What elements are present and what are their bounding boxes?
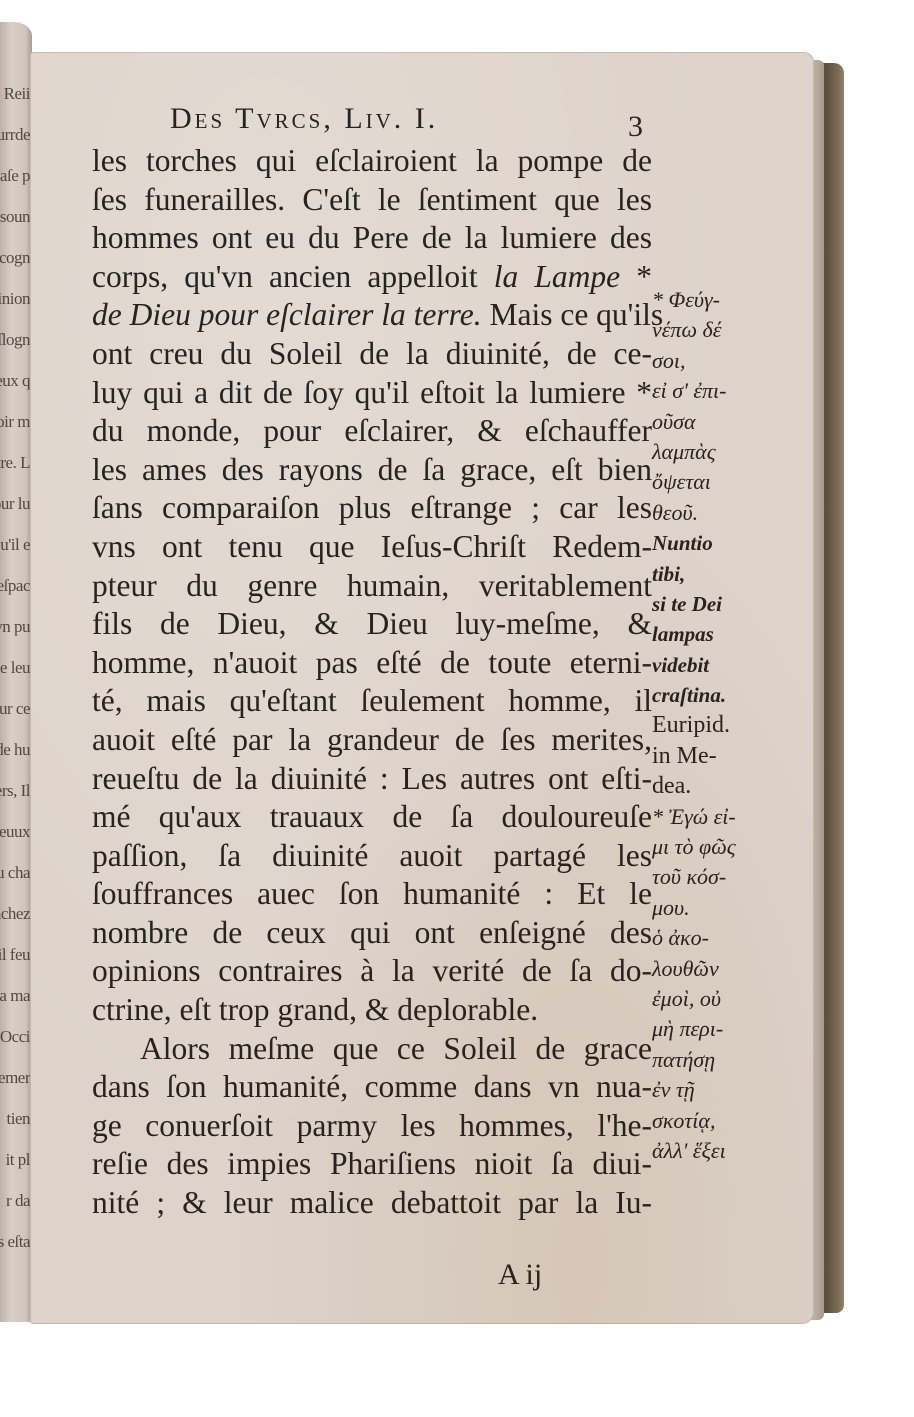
margin-note-line: * Ἐγώ εἰ- xyxy=(652,802,782,832)
margin-note-line: πατήσῃ xyxy=(652,1045,782,1075)
text-line: té, mais qu'eſtant ſeulement homme, il xyxy=(92,682,652,721)
italic-quote: de Dieu pour eſclairer la terre. xyxy=(92,297,482,332)
text-line: ſouffrances auec ſon humanité : Et le xyxy=(92,875,652,914)
left-page-fragment: s eſta xyxy=(0,1232,30,1252)
line-text: Alors meſme que ce Soleil de grace xyxy=(140,1031,652,1066)
margin-note-line: λαμπὰς xyxy=(652,437,782,467)
left-page-fragment: que leu xyxy=(0,658,30,678)
line-text: opinions contraires à la verité de ſa do… xyxy=(92,953,652,988)
line-text: té, mais qu'eſtant ſeulement homme, il xyxy=(92,683,652,718)
left-page-fragment: à cogn xyxy=(0,248,30,268)
line-text: ge conuerſoit parmy les hommes, l'he- xyxy=(92,1108,652,1143)
margin-note-line: θεοῦ. xyxy=(652,498,782,528)
margin-note-line: ἐν τῇ xyxy=(652,1075,782,1105)
text-line: paſſion, ſa diuinité auoit partagé les xyxy=(92,837,652,876)
margin-note-line: Nuntio xyxy=(652,528,782,558)
line-text: nombre de ceux qui ont enſeigné des xyxy=(92,915,652,950)
margin-note-line: σκοτίᾳ, xyxy=(652,1106,782,1136)
left-page-fragment: aſtre. L xyxy=(0,453,30,473)
left-page-fragment: au cha xyxy=(0,863,30,883)
left-facing-page: Reiiourrdecaſe ponsounà cognopinionſeſlo… xyxy=(0,22,32,1322)
line-text: dans ſon humanité, comme dans vn nua- xyxy=(92,1069,652,1104)
margin-note-line: si te Dei xyxy=(652,589,782,619)
margin-note-line: lampas xyxy=(652,619,782,649)
text-line: corps, qu'vn ancien appelloit la Lampe * xyxy=(92,258,652,297)
line-text: hommes ont eu du Pere de la lumiere des xyxy=(92,220,652,255)
left-page-fragment: ers, Il xyxy=(0,781,30,801)
left-page-fragment: l'eſpac xyxy=(0,576,30,596)
margin-note-line: μι τὸ φῶς xyxy=(652,832,782,862)
left-page-fragment: ſemer xyxy=(0,1068,30,1088)
margin-note-line: craſtina. xyxy=(652,680,782,710)
left-page-fragment: r da xyxy=(6,1191,30,1211)
margin-note-line: ἐμοὶ, οὐ xyxy=(652,984,782,1014)
line-text: fils de Dieu, & Dieu luy-meſme, & xyxy=(92,606,652,641)
margin-note-line: tibi, xyxy=(652,559,782,589)
text-line: Alors meſme que ce Soleil de grace xyxy=(92,1030,652,1069)
left-page-fragment: de hu xyxy=(0,740,30,760)
left-page-fragment: vn pu xyxy=(0,617,30,637)
text-line: ſans comparaiſon plus eſtrange ; car les xyxy=(92,489,652,528)
line-text: reſie des impies Phariſiens nioit ſa diu… xyxy=(92,1146,652,1181)
text-line: vns ont tenu que Ieſus-Chriſt Redem- xyxy=(92,528,652,567)
line-text: les torches qui eſclairoient la pompe de xyxy=(92,143,652,178)
text-line: ctrine, eſt trop grand, & deplorable. xyxy=(92,991,652,1030)
text-line: reueſtu de la diuinité : Les autres ont … xyxy=(92,760,652,799)
text-line: de Dieu pour eſclairer la terre. Mais ce… xyxy=(92,296,652,335)
line-text: reueſtu de la diuinité : Les autres ont … xyxy=(92,761,652,796)
line-text: ſouffrances auec ſon humanité : Et le xyxy=(92,876,652,911)
left-page-fragment: iour lu xyxy=(0,494,30,514)
line-text: auoit eſté par la grandeur de ſes merite… xyxy=(92,722,652,757)
text-line: mé qu'aux trauaux de ſa douloureuſe xyxy=(92,798,652,837)
margin-note-line: videbit xyxy=(652,650,782,680)
margin-note-line: * Φεύγ- xyxy=(652,285,782,315)
text-line: ſes funerailles. C'eſt le ſentiment que … xyxy=(92,181,652,220)
line-text: Mais ce qu'ils xyxy=(482,297,664,332)
left-page-fragment: e pur ce xyxy=(0,699,30,719)
line-text: mé qu'aux trauaux de ſa douloureuſe xyxy=(92,799,652,834)
text-line: les torches qui eſclairoient la pompe de xyxy=(92,142,652,181)
margin-note-line: οῦσα xyxy=(652,407,782,437)
text-line: nombre de ceux qui ont enſeigné des xyxy=(92,914,652,953)
margin-note-line: dea. xyxy=(652,771,782,801)
margin-note-line: ὄψεται xyxy=(652,467,782,497)
margin-note-line: τοῦ κόσ- xyxy=(652,862,782,892)
left-page-fragment: l'Occi xyxy=(0,1027,30,1047)
text-line: hommes ont eu du Pere de la lumiere des xyxy=(92,219,652,258)
margin-note-line: σοι, xyxy=(652,346,782,376)
left-page-fragment: ſeſlogn xyxy=(0,330,30,350)
text-line: fils de Dieu, & Dieu luy-meſme, & xyxy=(92,605,652,644)
line-text: ſes funerailles. C'eſt le ſentiment que … xyxy=(92,182,652,217)
left-page-fragment: heuux xyxy=(0,822,30,842)
line-text: * xyxy=(620,259,652,294)
body-text: les torches qui eſclairoient la pompe de… xyxy=(92,142,652,1223)
left-page-fragment: tien xyxy=(7,1109,31,1129)
line-text: ont creu du Soleil de la diuinité, de ce… xyxy=(92,336,652,371)
left-page-fragment: il feu xyxy=(0,945,30,965)
text-line: dans ſon humanité, comme dans vn nua- xyxy=(92,1068,652,1107)
margin-note-line: ἀλλ' ἕξει xyxy=(652,1136,782,1166)
margin-note-line: λουθῶν xyxy=(652,954,782,984)
line-text: corps, qu'vn ancien appelloit xyxy=(92,259,494,294)
margin-note-line: εἰ σ' ἐπι- xyxy=(652,376,782,406)
left-page-fragment: a ma xyxy=(0,986,30,1006)
margin-note-line: μου. xyxy=(652,893,782,923)
line-text: homme, n'auoit pas eſté de toute eterni- xyxy=(92,645,652,680)
left-page-fragment: caſe p xyxy=(0,166,30,186)
page-number: 3 xyxy=(628,110,643,144)
margin-note-line: ὁ ἀκο- xyxy=(652,923,782,953)
margin-notes: * Φεύγ-νέπω δέσοι,εἰ σ' ἐπι-οῦσαλαμπὰςὄψ… xyxy=(652,285,782,1166)
text-line: opinions contraires à la verité de ſa do… xyxy=(92,952,652,991)
text-line: nité ; & leur malice debattoit par la Iu… xyxy=(92,1184,652,1223)
line-text: les ames des rayons de ſa grace, eſt bie… xyxy=(92,452,652,487)
line-text: vns ont tenu que Ieſus-Chriſt Redem- xyxy=(92,529,652,564)
text-line: auoit eſté par la grandeur de ſes merite… xyxy=(92,721,652,760)
margin-note-line: Euripid. xyxy=(652,710,782,740)
left-page-fragment: s qu'il e xyxy=(0,535,30,555)
line-text: ſans comparaiſon plus eſtrange ; car les xyxy=(92,490,652,525)
left-page-fragment: it pl xyxy=(6,1150,30,1170)
text-line: du monde, pour eſclairer, & eſchauffer xyxy=(92,412,652,451)
italic-quote: la Lampe xyxy=(494,259,620,294)
left-page-fragment: nchez xyxy=(0,904,30,924)
line-text: luy qui a dit de ſoy qu'il eſtoit la lum… xyxy=(92,375,652,410)
text-line: homme, n'auoit pas eſté de toute eterni- xyxy=(92,644,652,683)
line-text: paſſion, ſa diuinité auoit partagé les xyxy=(92,838,652,873)
text-line: reſie des impies Phariſiens nioit ſa diu… xyxy=(92,1145,652,1184)
signature-mark: A ij xyxy=(498,1258,542,1292)
line-text: ctrine, eſt trop grand, & deplorable. xyxy=(92,992,538,1027)
text-line: ont creu du Soleil de la diuinité, de ce… xyxy=(92,335,652,374)
left-page-fragment: Reii xyxy=(4,84,30,104)
margin-note-line: in Me- xyxy=(652,741,782,771)
left-page-fragment: e ceux q xyxy=(0,371,30,391)
line-text: du monde, pour eſclairer, & eſchauffer xyxy=(92,413,652,448)
text-line: luy qui a dit de ſoy qu'il eſtoit la lum… xyxy=(92,374,652,413)
margin-note-line: νέπω δέ xyxy=(652,315,782,345)
running-head: Des Tvrcs, Liv. I. xyxy=(170,102,438,136)
left-page-fragment: auoir m xyxy=(0,412,30,432)
margin-note-line: μὴ περι- xyxy=(652,1014,782,1044)
left-page-fragment: ourrde xyxy=(0,125,30,145)
line-text: nité ; & leur malice debattoit par la Iu… xyxy=(92,1185,652,1220)
left-page-fragment: opinion xyxy=(0,289,30,309)
text-line: ge conuerſoit parmy les hommes, l'he- xyxy=(92,1107,652,1146)
text-line: les ames des rayons de ſa grace, eſt bie… xyxy=(92,451,652,490)
line-text: pteur du genre humain, veritablement xyxy=(92,568,652,603)
text-line: pteur du genre humain, veritablement xyxy=(92,567,652,606)
left-page-fragment: onsoun xyxy=(0,207,30,227)
